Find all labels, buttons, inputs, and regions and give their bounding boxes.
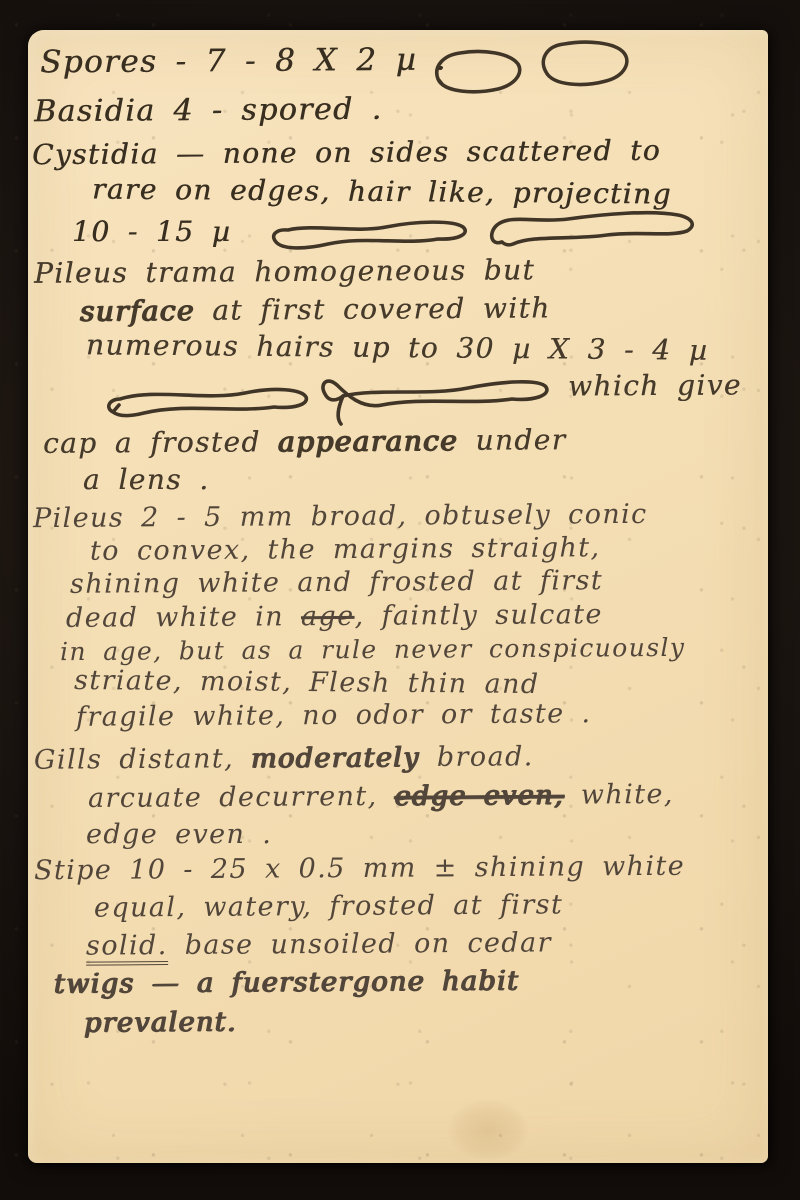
line-gills-2: arcuate decurrent, edge even, white, (88, 778, 674, 816)
line-pileus-trama-2: surface at first covered with (80, 290, 551, 328)
line-spores: Spores - 7 - 8 X 2 µ . (40, 41, 447, 82)
line-text: base unsoiled on cedar (168, 927, 552, 961)
line-text: arcuate decurrent, (88, 781, 395, 814)
underlined-word: solid. (86, 930, 168, 966)
overwritten-word: surface (80, 294, 195, 328)
line-gills-1: Gills distant, moderately broad. (34, 740, 534, 777)
line-stipe-1: Stipe 10 - 25 x 0.5 mm ± shining white (34, 850, 685, 889)
line-text: cap a frosted (43, 425, 278, 460)
line-pileus-5: in age, but as a rule never conspicuousl… (60, 631, 686, 669)
spore-drawing (534, 36, 636, 90)
line-stipe-4: twigs — a fuerstergone habit (54, 964, 520, 1001)
line-text: white, (564, 779, 674, 811)
cystidia-hair-drawing (486, 206, 701, 256)
line-text: at first covered with (195, 291, 551, 326)
line-a-lens: a lens . (83, 462, 210, 497)
line-pileus-6: striate, moist, Flesh thin and (74, 664, 540, 702)
paper-stain (448, 1100, 528, 1160)
struck-words: edge even, (394, 780, 564, 812)
line-text: dead white in (66, 601, 301, 634)
overwritten-word: appearance (278, 424, 458, 458)
line-stipe-5: prevalent. (84, 1005, 237, 1040)
line-pileus-4: dead white in age, faintly sulcate (66, 598, 603, 636)
line-text: broad. (420, 741, 534, 773)
line-pileus-trama-3: numerous hairs up to 30 µ X 3 - 4 µ (86, 327, 709, 367)
spore-drawing (428, 46, 528, 98)
line-text: Gills distant, (34, 743, 251, 776)
line-pileus-trama-1: Pileus trama homogeneous but (34, 252, 535, 290)
line-pileus-7: fragile white, no odor or taste . (76, 697, 592, 735)
line-pileus-3: shining white and frosted at first (70, 564, 603, 602)
line-text: under (458, 423, 566, 457)
pileus-hair-drawing (316, 370, 554, 428)
line-stipe-3: solid. base unsoiled on cedar (86, 926, 552, 963)
line-basidia: Basidia 4 - spored . (34, 91, 383, 130)
line-cystidia-1: Cystidia — none on sides scattered to (32, 133, 661, 172)
line-cap-frosted: cap a frosted appearance under (43, 422, 567, 461)
pileus-hair-drawing (103, 380, 315, 428)
struck-word: age (301, 601, 355, 632)
line-cystidia-size: 10 - 15 µ (72, 214, 231, 249)
overwritten-word: moderately (251, 742, 420, 774)
line-gills-3: edge even . (86, 818, 272, 852)
line-pileus-1: Pileus 2 - 5 mm broad, obtusely conic (33, 498, 648, 536)
line-stipe-2: equal, watery, frosted at first (94, 888, 563, 925)
photo-background-mat: Spores - 7 - 8 X 2 µ . Basidia 4 - spore… (0, 0, 800, 1200)
line-pileus-2: to convex, the margins straight, (90, 531, 601, 569)
index-card: Spores - 7 - 8 X 2 µ . Basidia 4 - spore… (28, 30, 768, 1163)
line-which-give: which give (568, 367, 742, 403)
line-text: , faintly sulcate (354, 599, 603, 632)
